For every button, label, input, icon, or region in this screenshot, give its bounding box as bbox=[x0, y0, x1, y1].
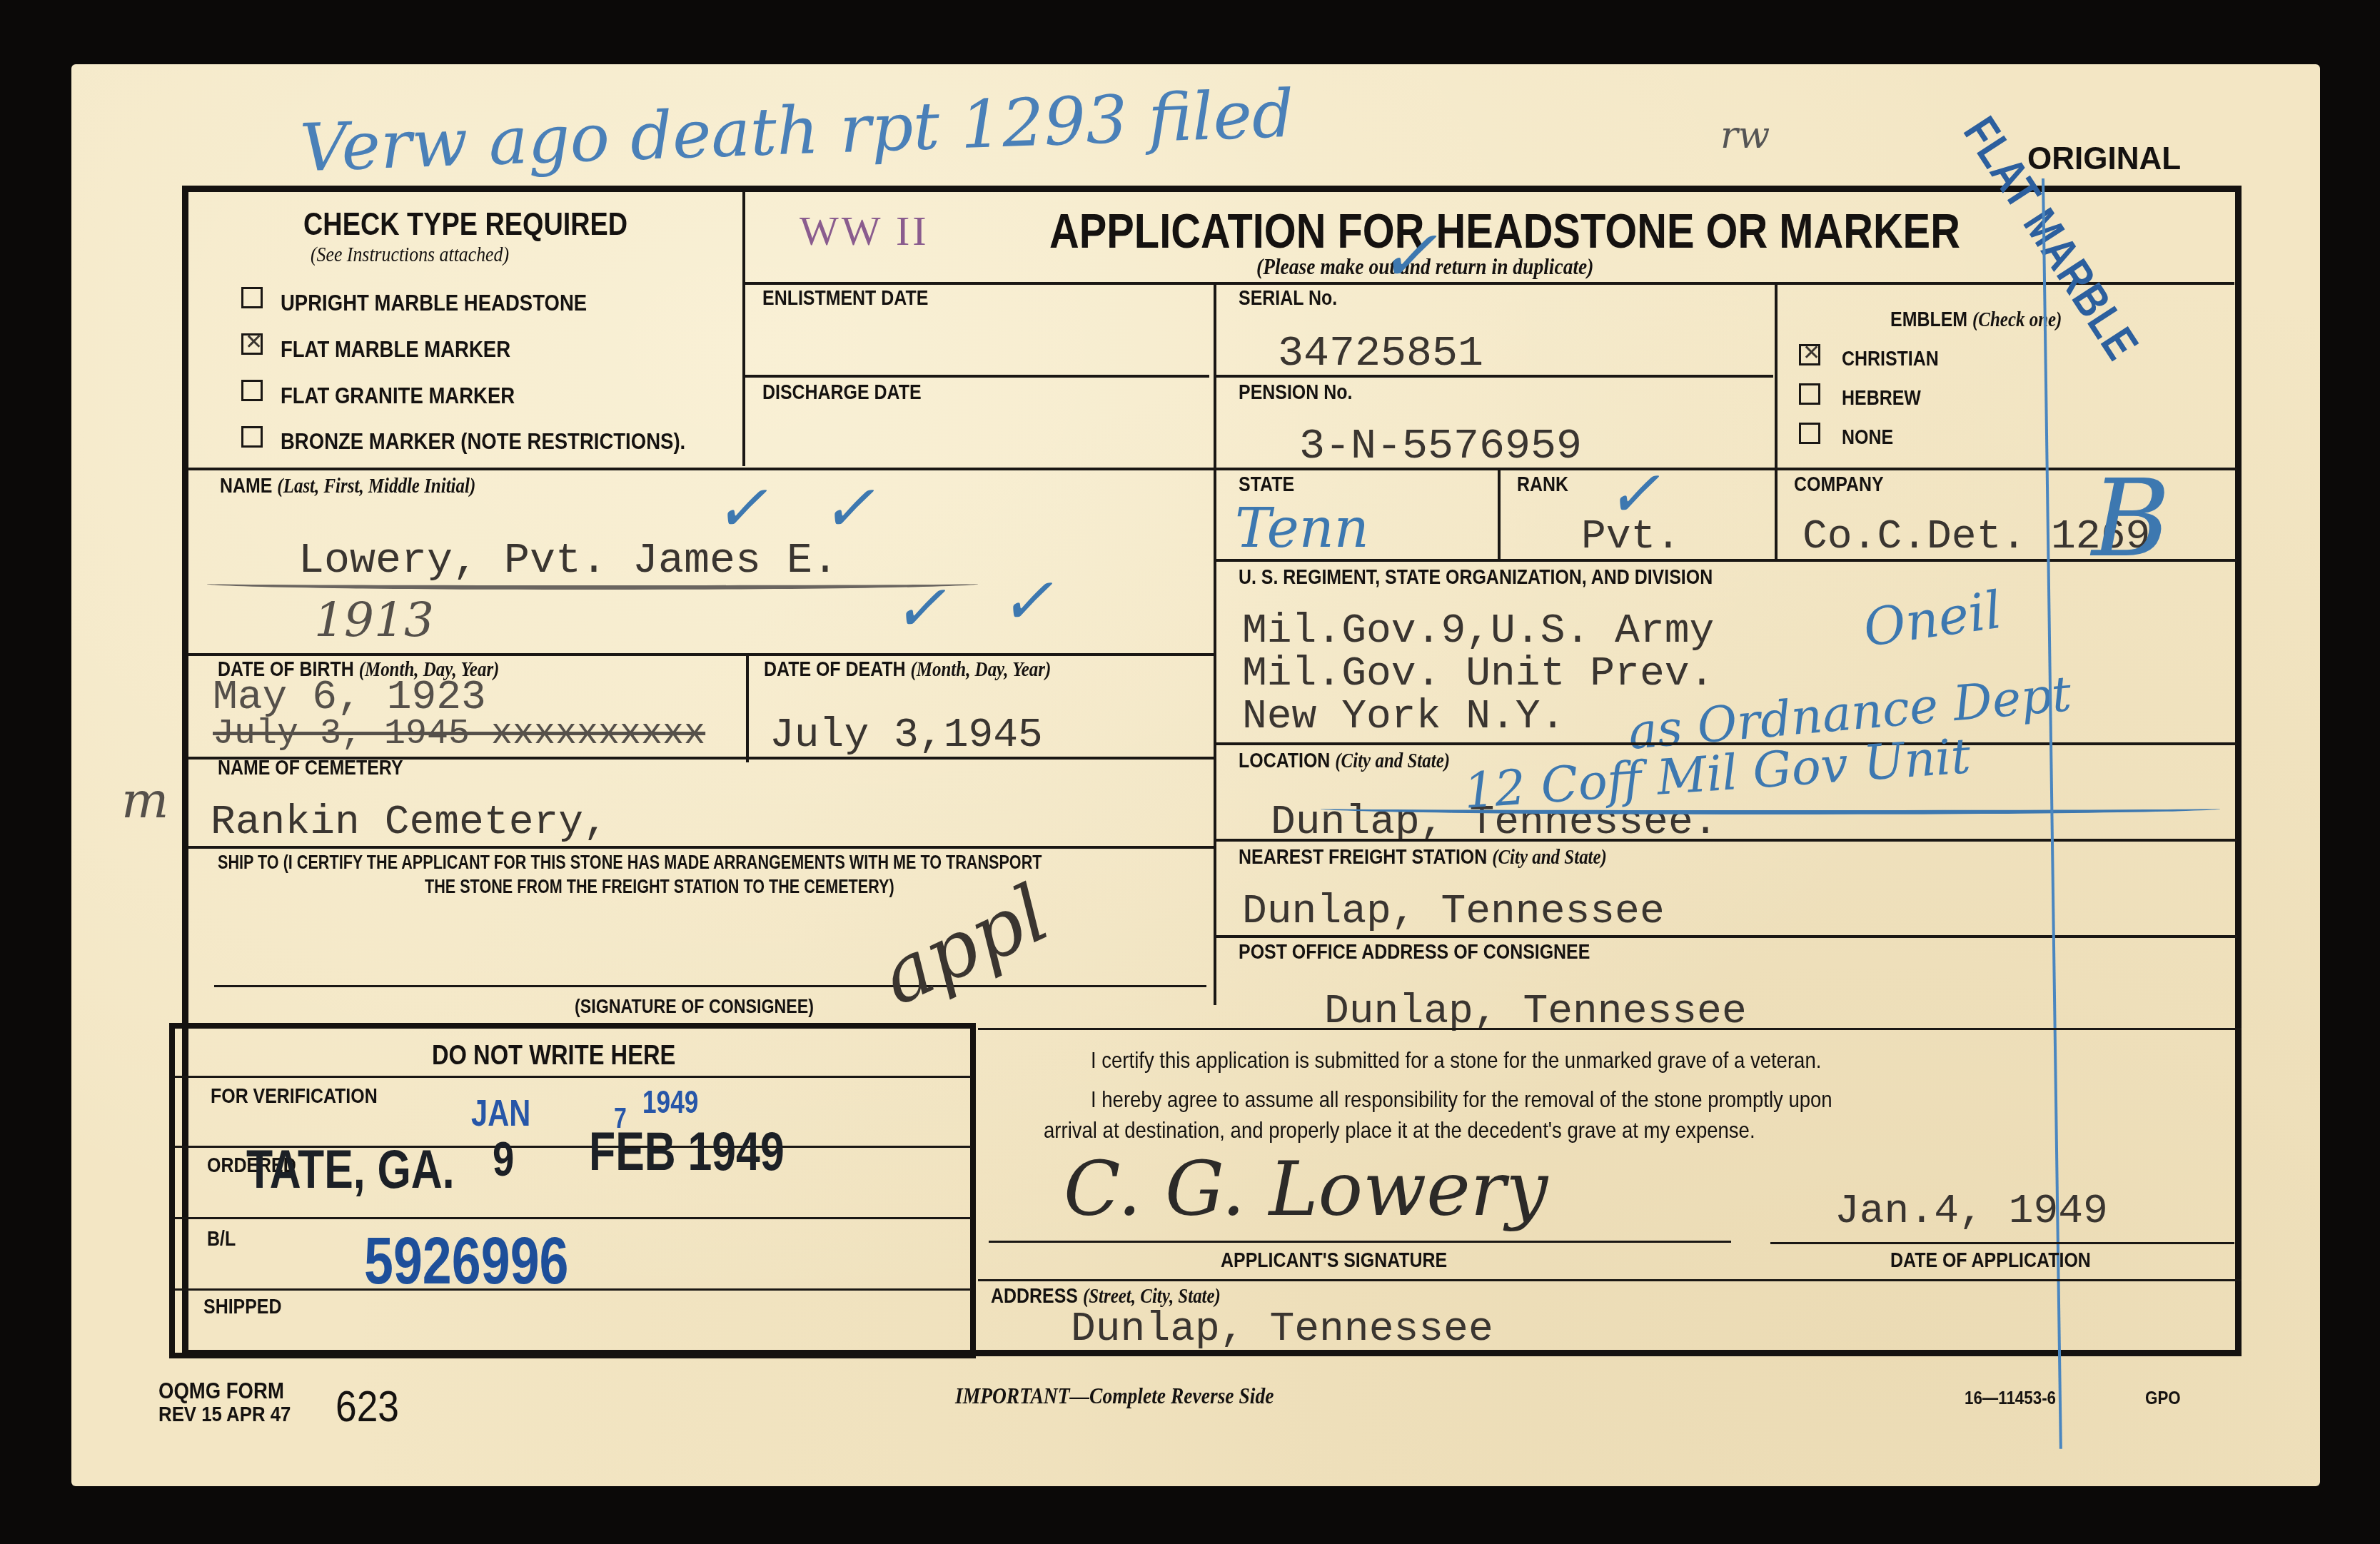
checkbox-hebrew[interactable] bbox=[1799, 383, 1820, 405]
divider bbox=[1775, 470, 1778, 559]
form-title: APPLICATION FOR HEADSTONE OR MARKER bbox=[1049, 203, 1960, 259]
cemetery-label: NAME OF CEMETERY bbox=[218, 757, 403, 780]
cemetery-value[interactable]: Rankin Cemetery, bbox=[211, 799, 608, 846]
divider bbox=[746, 655, 749, 762]
name-label-text: NAME bbox=[220, 475, 272, 498]
divider bbox=[742, 191, 745, 466]
form-number: 623 bbox=[336, 1381, 399, 1432]
address-value[interactable]: Dunlap, Tennessee bbox=[1071, 1306, 1493, 1353]
serial-no-label: SERIAL No. bbox=[1239, 287, 1337, 311]
regiment-line[interactable]: New York N.Y. bbox=[1242, 694, 1565, 740]
option-label: FLAT GRANITE MARKER bbox=[281, 383, 515, 409]
check-mark: ✓ bbox=[1378, 214, 1438, 298]
name-hint: (Last, First, Middle Initial) bbox=[277, 475, 475, 498]
dod-value[interactable]: July 3,1945 bbox=[770, 712, 1043, 759]
divider bbox=[1775, 284, 1778, 470]
divider bbox=[1214, 284, 1216, 1005]
shipped-label: SHIPPED bbox=[203, 1296, 282, 1319]
divider bbox=[1216, 375, 1773, 378]
location-label: LOCATION (City and State) bbox=[1239, 750, 1450, 773]
check-mark: ✓ bbox=[892, 571, 946, 646]
regiment-label: U. S. REGIMENT, STATE ORGANIZATION, AND … bbox=[1239, 566, 1713, 590]
divider bbox=[1498, 470, 1501, 559]
company-annotation: B bbox=[2092, 457, 2170, 581]
location-label-text: LOCATION bbox=[1239, 750, 1330, 772]
signature-line bbox=[989, 1241, 1731, 1243]
option-label: UPRIGHT MARBLE HEADSTONE bbox=[281, 290, 587, 316]
form-id-line1: OQMG FORM bbox=[158, 1378, 284, 1404]
divider bbox=[1216, 935, 2237, 938]
signature-line bbox=[1770, 1242, 2234, 1244]
dod-label-text: DATE OF DEATH bbox=[764, 658, 906, 681]
underline-pencil bbox=[207, 578, 978, 590]
ship-to-label-line2: THE STONE FROM THE FREIGHT STATION TO TH… bbox=[425, 876, 894, 898]
emblem-label: EMBLEM (Check one) bbox=[1890, 308, 2062, 332]
option-label: BRONZE MARKER (NOTE RESTRICTIONS). bbox=[281, 428, 685, 455]
consignee-signature-caption: (SIGNATURE OF CONSIGNEE) bbox=[575, 996, 814, 1018]
printer-mark: GPO bbox=[2145, 1387, 2181, 1409]
freight-station-hint: (City and State) bbox=[1492, 846, 1607, 869]
divider bbox=[188, 468, 1214, 470]
divider bbox=[978, 1279, 2242, 1281]
divider bbox=[188, 653, 1214, 656]
address-label: ADDRESS (Street, City, State) bbox=[991, 1285, 1221, 1308]
freight-station-label-text: NEAREST FREIGHT STATION bbox=[1239, 846, 1487, 869]
ship-to-label: SHIP TO (I CERTIFY THE APPLICANT FOR THI… bbox=[218, 852, 1042, 874]
state-label: STATE bbox=[1239, 473, 1294, 497]
dod-label: DATE OF DEATH (Month, Day, Year) bbox=[764, 658, 1051, 682]
checkbox-christian[interactable] bbox=[1799, 344, 1820, 365]
copy-label: ORIGINAL bbox=[2027, 141, 2181, 177]
check-type-subheading-text: (See Instructions attached) bbox=[311, 243, 509, 266]
divider bbox=[188, 846, 1214, 849]
emblem-option-label: HEBREW bbox=[1842, 387, 1921, 410]
option-label: FLAT MARBLE MARKER bbox=[281, 336, 510, 363]
certification-line3: arrival at destination, and properly pla… bbox=[1044, 1117, 1755, 1144]
handwritten-initials: rw bbox=[1720, 114, 1770, 157]
underline-pencil bbox=[1321, 803, 2220, 814]
pension-no-label: PENSION No. bbox=[1239, 381, 1352, 405]
company-label: COMPANY bbox=[1794, 473, 1884, 497]
applicant-signature[interactable]: C. G. Lowery bbox=[1064, 1146, 1548, 1233]
check-mark: ✓ bbox=[821, 471, 874, 546]
checkbox-flat-marble[interactable] bbox=[241, 333, 263, 355]
serial-no-value[interactable]: 34725851 bbox=[1278, 330, 1483, 378]
freight-station-label: NEAREST FREIGHT STATION (City and State) bbox=[1239, 846, 1607, 869]
ordered-stamp-place: TATE, GA. bbox=[246, 1139, 455, 1201]
application-date-caption: DATE OF APPLICATION bbox=[1890, 1249, 2091, 1273]
divider bbox=[745, 375, 1209, 378]
verification-stamp-year: 1949 bbox=[642, 1085, 698, 1121]
emblem-hint: (Check one) bbox=[1972, 308, 2062, 331]
check-mark: ✓ bbox=[999, 564, 1053, 639]
divider bbox=[1216, 559, 2237, 562]
freight-station-value[interactable]: Dunlap, Tennessee bbox=[1242, 889, 1665, 935]
important-note-text: IMPORTANT—Complete Reverse Side bbox=[955, 1383, 1274, 1408]
certification-line2: I hereby agree to assume all responsibil… bbox=[1091, 1086, 1832, 1113]
signature-line bbox=[214, 985, 1206, 987]
address-hint: (Street, City, State) bbox=[1083, 1285, 1221, 1308]
checkbox-flat-granite[interactable] bbox=[241, 380, 263, 401]
discharge-date-field[interactable] bbox=[762, 408, 1205, 458]
discharge-date-label: DISCHARGE DATE bbox=[762, 381, 922, 405]
divider bbox=[1216, 839, 2237, 842]
checkbox-none[interactable] bbox=[1799, 423, 1820, 444]
check-mark: ✓ bbox=[714, 471, 767, 546]
form-id-line2: REV 15 APR 47 bbox=[158, 1403, 291, 1427]
enlistment-date-label: ENLISTMENT DATE bbox=[762, 287, 928, 311]
enlistment-date-field[interactable] bbox=[762, 314, 1205, 371]
ordered-stamp-date: FEB 1949 bbox=[589, 1121, 785, 1183]
checkbox-upright-marble[interactable] bbox=[241, 287, 263, 308]
address-label-text: ADDRESS bbox=[991, 1285, 1078, 1308]
ordered-stamp-day: 9 bbox=[493, 1131, 514, 1187]
margin-mark: m bbox=[121, 771, 168, 829]
post-office-label: POST OFFICE ADDRESS OF CONSIGNEE bbox=[1239, 941, 1590, 964]
check-mark: ✓ bbox=[1606, 457, 1660, 532]
divider bbox=[175, 1288, 971, 1291]
regiment-line[interactable]: Mil.Gov. Unit Prev. bbox=[1242, 651, 1714, 697]
dob-struck: July 3, 1945 xxxxxxxxxx bbox=[213, 714, 705, 755]
pension-no-value[interactable]: 3-N-5576959 bbox=[1299, 423, 1582, 471]
emblem-option-label: NONE bbox=[1842, 426, 1893, 450]
regiment-line[interactable]: Mil.Gov.9,U.S. Army bbox=[1242, 608, 1714, 655]
check-type-subheading: (See Instructions attached) bbox=[311, 243, 509, 267]
state-value[interactable]: Tenn bbox=[1235, 496, 1369, 560]
checkbox-bronze[interactable] bbox=[241, 426, 263, 448]
print-code: 16—11453-6 bbox=[1965, 1387, 2056, 1409]
office-use-heading: DO NOT WRITE HERE bbox=[432, 1041, 675, 1071]
for-verification-label: FOR VERIFICATION bbox=[211, 1085, 378, 1109]
applicant-signature-caption: APPLICANT'S SIGNATURE bbox=[1221, 1249, 1447, 1273]
divider bbox=[1216, 468, 2237, 470]
emblem-label-text: EMBLEM bbox=[1890, 308, 1967, 331]
name-annotation: 1913 bbox=[314, 592, 434, 647]
check-type-heading: CHECK TYPE REQUIRED bbox=[303, 207, 627, 243]
divider bbox=[175, 1217, 971, 1219]
name-label: NAME (Last, First, Middle Initial) bbox=[220, 475, 475, 498]
application-date-value[interactable]: Jan.4, 1949 bbox=[1835, 1189, 2108, 1235]
dod-hint: (Month, Day, Year) bbox=[911, 658, 1052, 681]
divider bbox=[978, 1028, 2242, 1030]
important-note: IMPORTANT—Complete Reverse Side bbox=[955, 1383, 1274, 1409]
emblem-option-label: CHRISTIAN bbox=[1842, 348, 1939, 371]
divider bbox=[175, 1076, 971, 1078]
rank-label: RANK bbox=[1517, 473, 1568, 497]
bl-label: B/L bbox=[207, 1228, 236, 1251]
location-hint: (City and State) bbox=[1335, 750, 1450, 772]
ww-stamp: WW II bbox=[800, 207, 929, 255]
divider bbox=[742, 282, 2234, 285]
verification-stamp-month: JAN bbox=[471, 1092, 530, 1135]
certification-line1: I certify this application is submitted … bbox=[1091, 1047, 1821, 1074]
